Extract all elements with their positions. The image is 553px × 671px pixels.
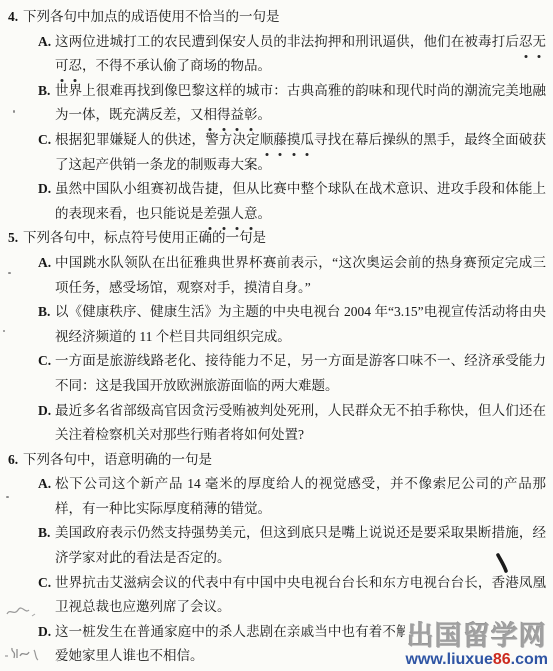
watermark-url: www.liuxue86.com (405, 651, 548, 668)
question-number: 4. (8, 5, 23, 30)
option-text: 最近多名省部级高官因贪污受贿被判处死刑，人民群众无不拍手称快，但人们还在关注着检… (55, 399, 546, 448)
option-4C: C. 根据犯罪嫌疑人的供述，警方决定顺藤摸瓜寻找在幕后操纵的黑手，最终全面破获了… (8, 128, 546, 177)
question-stem: 下列各句中加点的成语使用不恰当的一句是 (23, 5, 546, 30)
option-text: 中国跳水队领队在出征雅典世界杯赛前表示，“这次奥运会前的热身赛预定完成三项任务，… (55, 251, 546, 300)
option-text: 松下公司这个新产品 14 毫米的厚度给人的视觉感受，并不像索尼公司的产品那样，有… (55, 472, 546, 521)
emphasized-char: 益 (231, 103, 245, 128)
option-label: A. (38, 251, 55, 300)
emphasized-char: 顺 (260, 128, 274, 153)
pencil-scribble (5, 604, 39, 620)
option-5D: D. 最近多名省部级高官因贪污受贿被判处死刑，人民群众无不拍手称快，但人们还在关… (8, 399, 546, 448)
emphasized-char: 可 (55, 54, 69, 79)
option-label: A. (38, 472, 55, 521)
option-text: 根据犯罪嫌疑人的供述，警方决定顺藤摸瓜寻找在幕后操纵的黑手，最终全面破获了这起产… (55, 128, 546, 177)
emphasized-char: 忍 (69, 54, 83, 79)
emphasized-char: 差 (204, 202, 218, 227)
scan-speck (8, 272, 11, 274)
option-label: B. (38, 521, 55, 570)
question-5: 5. 下列各句中，标点符号使用正确的一句是 A. 中国跳水队领队在出征雅典世界杯… (8, 226, 546, 447)
option-5A: A. 中国跳水队领队在出征雅典世界杯赛前表示，“这次奥运会前的热身赛预定完成三项… (8, 251, 546, 300)
option-label: D. (38, 399, 55, 448)
emphasized-char: 相 (204, 103, 218, 128)
option-text: 世界抗击艾滋病会议的代表中有中国中央电视台台长和东方电视台台长，香港凤凰卫视总裁… (55, 571, 546, 620)
option-label: C. (38, 128, 55, 177)
option-6C: C. 世界抗击艾滋病会议的代表中有中国中央电视台台长和东方电视台台长，香港凤凰卫… (8, 571, 546, 620)
option-5B: B. 以《健康秩序、健康生活》为主题的中央电视台 2004 年“3.15”电视宣… (8, 300, 546, 349)
option-label: C. (38, 349, 55, 398)
emphasized-char: 得 (217, 103, 231, 128)
option-6B: B. 美国政府表示仍然支持强势美元，但这到底只是嘴上说说还是要采取果断措施，经济… (8, 521, 546, 570)
question-6-stem-row: 6. 下列各句中，语意明确的一句是 (8, 448, 546, 473)
option-text: 一方面是旅游线路老化、接待能力不足，另一方面是游客口味不一、经济承受能力不同：这… (55, 349, 546, 398)
scan-speck (3, 330, 5, 332)
emphasized-char: 人 (231, 202, 245, 227)
emphasized-char: 意 (244, 202, 258, 227)
option-label: D. (38, 177, 55, 226)
option-label: B. (38, 79, 55, 128)
question-4-stem-row: 4. 下列各句中加点的成语使用不恰当的一句是 (8, 5, 546, 30)
watermark-url-part: 86 (493, 651, 511, 668)
pen-stroke (492, 552, 514, 576)
option-5C: C. 一方面是旅游线路老化、接待能力不足，另一方面是游客口味不一、经济承受能力不… (8, 349, 546, 398)
question-4: 4. 下列各句中加点的成语使用不恰当的一句是 A. 这两位进城打工的农民遭到保安… (8, 5, 546, 226)
emphasized-char: 彰 (244, 103, 258, 128)
question-5-stem-row: 5. 下列各句中，标点符号使用正确的一句是 (8, 226, 546, 251)
watermark: 出国留学网 www.liuxue86.com (405, 622, 548, 668)
emphasized-char: 忍 (519, 30, 533, 55)
emphasized-char: 摸 (287, 128, 301, 153)
option-4A: A. 这两位进城打工的农民遭到保安人员的非法拘押和刑讯逼供，他们在被毒打后忍无可… (8, 30, 546, 79)
option-label: A. (38, 30, 55, 79)
option-text: 美国政府表示仍然支持强势美元，但这到底只是嘴上说说还是要采取果断措施，经济学家对… (55, 521, 546, 570)
emphasized-char: 强 (217, 202, 231, 227)
emphasized-char: 藤 (273, 128, 287, 153)
option-4D: D. 虽然中国队小组赛初战告捷，但从比赛中整个球队在战术意识、进攻手段和体能上的… (8, 177, 546, 226)
watermark-site-name: 出国留学网 (405, 622, 548, 651)
question-number: 6. (8, 448, 23, 473)
scanned-exam-page: 4. 下列各句中加点的成语使用不恰当的一句是 A. 这两位进城打工的农民遭到保安… (0, 0, 553, 671)
option-text: 这两位进城打工的农民遭到保安人员的非法拘押和刑讯逼供，他们在被毒打后忍无可忍，不… (55, 30, 546, 79)
option-label: B. (38, 300, 55, 349)
watermark-url-part: .com (511, 651, 548, 668)
option-4B: B. 世界上很难再找到像巴黎这样的城市：古典高雅的韵味和现代时尚的潮流完美地融为… (8, 79, 546, 128)
option-text: 世界上很难再找到像巴黎这样的城市：古典高雅的韵味和现代时尚的潮流完美地融为一体，… (55, 79, 546, 128)
question-number: 5. (8, 226, 23, 251)
option-label: C. (38, 571, 55, 620)
scan-speck (13, 110, 15, 113)
pencil-scribble (2, 644, 44, 664)
option-text: 虽然中国队小组赛初战告捷，但从比赛中整个球队在战术意识、进攻手段和体能上的表现来… (55, 177, 546, 226)
watermark-url-part: www.liuxue (405, 651, 492, 668)
question-stem: 下列各句中，语意明确的一句是 (23, 448, 546, 473)
question-stem: 下列各句中，标点符号使用正确的一句是 (23, 226, 546, 251)
emphasized-char: 无 (533, 30, 547, 55)
scan-speck (6, 496, 9, 498)
option-6A: A. 松下公司这个新产品 14 毫米的厚度给人的视觉感受，并不像索尼公司的产品那… (8, 472, 546, 521)
emphasized-char: 瓜 (300, 128, 314, 153)
option-text: 以《健康秩序、健康生活》为主题的中央电视台 2004 年“3.15”电视宣传活动… (55, 300, 546, 349)
